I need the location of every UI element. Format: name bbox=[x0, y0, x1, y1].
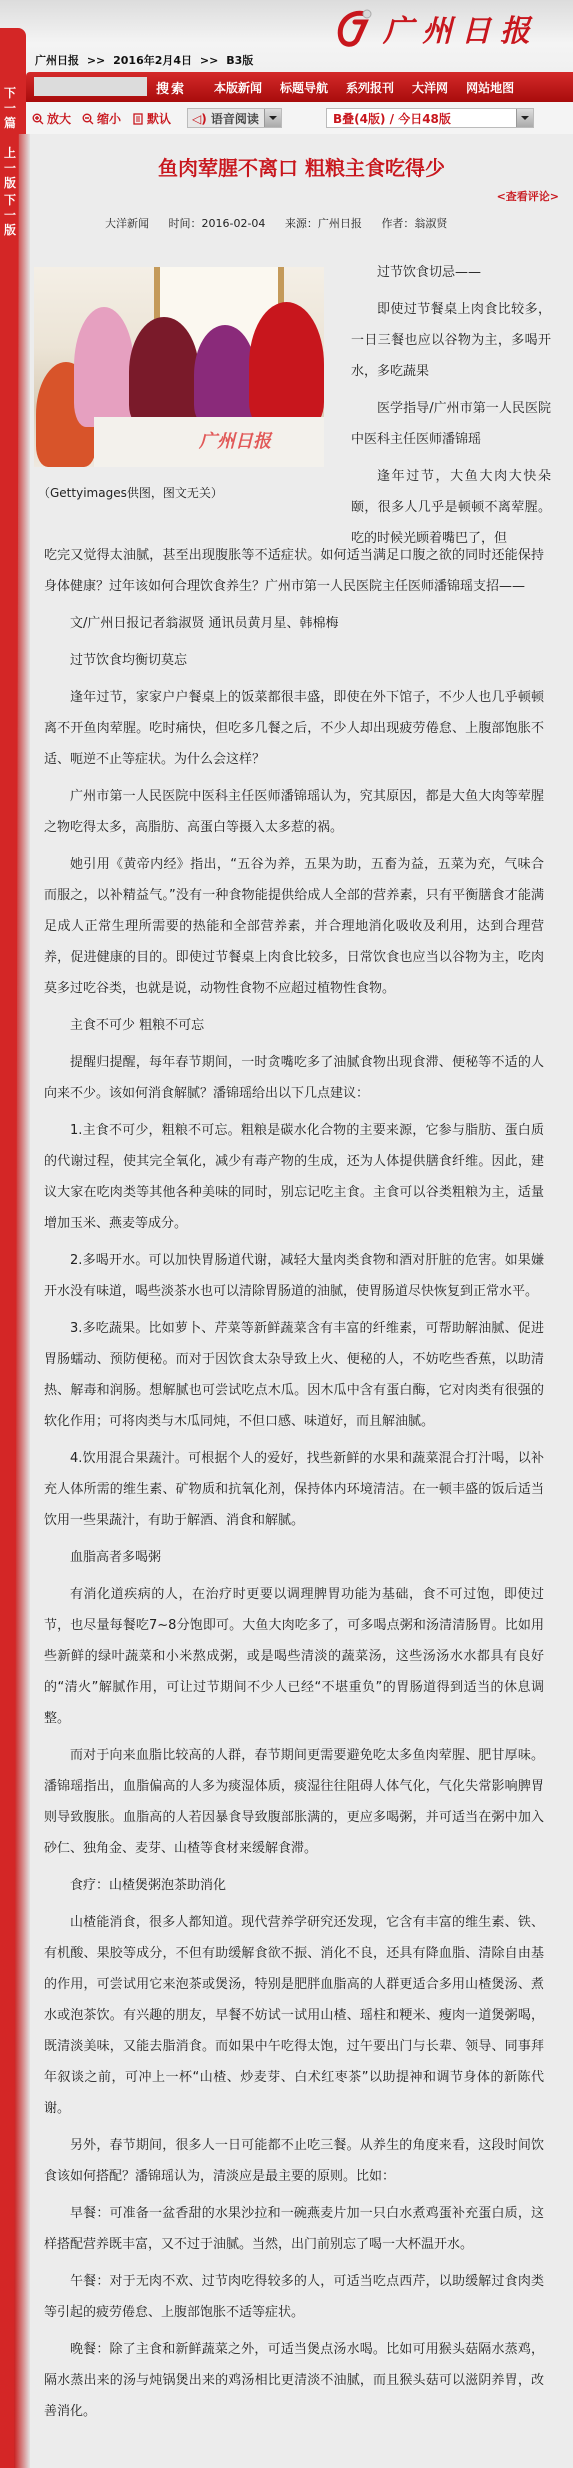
paragraph: 晚餐：除了主食和新鲜蔬菜之外，可适当煲点汤水喝。比如可用猴头菇隔水蒸鸡，隔水蒸出… bbox=[44, 2334, 544, 2427]
breadcrumb-separator: >> bbox=[200, 54, 218, 67]
breadcrumb-date[interactable]: 2016年2月4日 bbox=[113, 54, 192, 67]
subheading: 过节饮食均衡切莫忘 bbox=[44, 645, 544, 676]
breadcrumb-paper[interactable]: 广州日报 bbox=[35, 54, 79, 67]
paragraph: 另外，春节期间，很多人一日可能都不止吃三餐。从养生的角度来看，这段时间饮食该如何… bbox=[44, 2130, 544, 2192]
nav-headline-navigation[interactable]: 标题导航 bbox=[280, 79, 328, 96]
zoom-out-label: 缩小 bbox=[97, 110, 121, 127]
main-navbar: 搜索 本版新闻 标题导航 系列报刊 大洋网 网站地图 bbox=[26, 72, 573, 102]
logo-text: 广州日报 bbox=[383, 6, 539, 50]
subheading: 主食不可少 粗粮不可忘 bbox=[44, 1010, 544, 1041]
article-title: 鱼肉荤腥不离口 粗粮主食吃得少 bbox=[30, 152, 573, 181]
breadcrumb: 广州日报 >> 2016年2月4日 >> B3版 bbox=[35, 52, 257, 68]
paragraph: 过节饮食切忌—— bbox=[351, 257, 551, 288]
edition-select-value: B叠(4版) / 今日48版 bbox=[327, 110, 516, 127]
paragraph: 吃完又觉得太油腻，甚至出现腹胀等不适症状。如何适当满足口腹之欲的同时还能保持身体… bbox=[44, 540, 544, 602]
breadcrumb-edition[interactable]: B3版 bbox=[226, 54, 253, 67]
prev-edition-link[interactable]: 上一版 bbox=[2, 146, 18, 191]
paragraph: 早餐：可准备一盆香甜的水果沙拉和一碗燕麦片加一只白水煮鸡蛋补充蛋白质，这样搭配营… bbox=[44, 2198, 544, 2260]
zoom-out-button[interactable]: 缩小 bbox=[82, 110, 121, 127]
paragraph: 逢年过节，家家户户餐桌上的饭菜都很丰盛，即使在外下馆子，不少人也几乎顿顿离不开鱼… bbox=[44, 682, 544, 775]
paragraph: 山楂能消食，很多人都知道。现代营养学研究还发现，它含有丰富的维生素、铁、有机酸、… bbox=[44, 1907, 544, 2124]
nav-links: 本版新闻 标题导航 系列报刊 大洋网 网站地图 bbox=[214, 79, 514, 96]
paragraph: 医学指导/广州市第一人民医院中医科主任医师潘锦瑶 bbox=[351, 393, 551, 455]
speaker-icon: ◁) bbox=[192, 112, 207, 126]
article-photo: 广州日报 bbox=[34, 267, 324, 467]
nav-this-edition-news[interactable]: 本版新闻 bbox=[214, 79, 262, 96]
paragraph: 1.主食不可少，粗粮不可忘。粗粮是碳水化合物的主要来源，它参与脂肪、蛋白质的代谢… bbox=[44, 1115, 544, 1239]
nav-site-map[interactable]: 网站地图 bbox=[466, 79, 514, 96]
paragraph: 她引用《黄帝内经》指出，“五谷为养，五果为助，五畜为益，五菜为充，气味合而服之，… bbox=[44, 849, 544, 1004]
voice-read-label: ◁) 语音阅读 bbox=[188, 110, 264, 127]
article-meta: 大洋新闻 时间：2016-02-04 来源：广州日报 作者：翁淑贤 bbox=[105, 215, 463, 231]
paragraph: 而对于向来血脂比较高的人群，春节期间更需要避免吃太多鱼肉荤腥、肥甘厚味。潘锦瑶指… bbox=[44, 1740, 544, 1864]
next-article-link[interactable]: 下一篇 bbox=[2, 86, 18, 131]
paragraph: 即使过节餐桌上肉食比较多，一日三餐也应以谷物为主，多喝开水，多吃蔬果 bbox=[351, 294, 551, 387]
paragraph: 4.饮用混合果蔬汁。可根据个人的爱好，找些新鲜的水果和蔬菜混合打汁喝，以补充人体… bbox=[44, 1443, 544, 1536]
paragraph: 3.多吃蔬果。比如萝卜、芹菜等新鲜蔬菜含有丰富的纤维素，可帮助解油腻、促进胃肠蠕… bbox=[44, 1313, 544, 1437]
default-size-label: 默认 bbox=[147, 110, 171, 127]
subheading: 食疗：山楂煲粥泡茶助消化 bbox=[44, 1870, 544, 1901]
chevron-down-icon[interactable] bbox=[264, 109, 281, 127]
meta-source: 来源：广州日报 bbox=[285, 217, 362, 230]
zoom-in-label: 放大 bbox=[47, 110, 71, 127]
next-edition-link[interactable]: 下一版 bbox=[2, 193, 18, 238]
meta-author: 作者：翁淑贤 bbox=[381, 217, 447, 230]
document-icon bbox=[132, 113, 144, 125]
reading-toolbar: 放大 缩小 默认 ◁) 语音阅读 B叠(4版) / 今日48版 bbox=[26, 102, 573, 134]
paragraph: 有消化道疾病的人，在治疗时更要以调理脾胃功能为基础，食不可过饱，即使过节，也尽量… bbox=[44, 1579, 544, 1734]
article-lead: 过节饮食切忌—— 即使过节餐桌上肉食比较多，一日三餐也应以谷物为主，多喝开水，多… bbox=[351, 257, 551, 560]
paragraph: 提醒归提醒，每年春节期间，一时贪嘴吃多了油腻食物出现食滞、便秘等不适的人向来不少… bbox=[44, 1047, 544, 1109]
nav-dayoo[interactable]: 大洋网 bbox=[412, 79, 448, 96]
photo-watermark: 广州日报 bbox=[199, 427, 271, 453]
zoom-out-icon bbox=[82, 113, 94, 125]
zoom-in-button[interactable]: 放大 bbox=[32, 110, 71, 127]
edition-select[interactable]: B叠(4版) / 今日48版 bbox=[326, 108, 534, 128]
zoom-in-icon bbox=[32, 113, 44, 125]
chevron-down-icon[interactable] bbox=[516, 109, 533, 127]
voice-read-select[interactable]: ◁) 语音阅读 bbox=[187, 108, 282, 128]
breadcrumb-separator: >> bbox=[87, 54, 105, 67]
guangzhou-daily-logo[interactable]: 广州日报 bbox=[335, 6, 555, 50]
view-comments-link[interactable]: <查看评论> bbox=[497, 188, 559, 204]
photo-caption: （Gettyimages供图，图文无关） bbox=[38, 484, 223, 501]
search-input[interactable] bbox=[34, 77, 147, 96]
logo-emblem-icon bbox=[335, 8, 379, 48]
subheading: 血脂高者多喝粥 bbox=[44, 1542, 544, 1573]
meta-time: 时间：2016-02-04 bbox=[169, 217, 266, 230]
byline: 文/广州日报记者翁淑贤 通讯员黄月星、韩棉梅 bbox=[44, 608, 544, 639]
default-size-button[interactable]: 默认 bbox=[132, 110, 171, 127]
nav-series-publications[interactable]: 系列报刊 bbox=[346, 79, 394, 96]
article-body: 吃完又觉得太油腻，甚至出现腹胀等不适症状。如何适当满足口腹之欲的同时还能保持身体… bbox=[44, 540, 544, 2433]
paragraph: 2.多喝开水。可以加快胃肠道代谢，减轻大量肉类食物和酒对肝脏的危害。如果嫌开水没… bbox=[44, 1245, 544, 1307]
paragraph: 午餐：对于无肉不欢、过节肉吃得较多的人，可适当吃点西芹，以助缓解过食肉类等引起的… bbox=[44, 2266, 544, 2328]
meta-source-site: 大洋新闻 bbox=[105, 217, 149, 230]
paragraph: 广州市第一人民医院中医科主任医师潘锦瑶认为，究其原因，都是大鱼大肉等荤腥之物吃得… bbox=[44, 781, 544, 843]
search-button[interactable]: 搜索 bbox=[156, 78, 186, 97]
